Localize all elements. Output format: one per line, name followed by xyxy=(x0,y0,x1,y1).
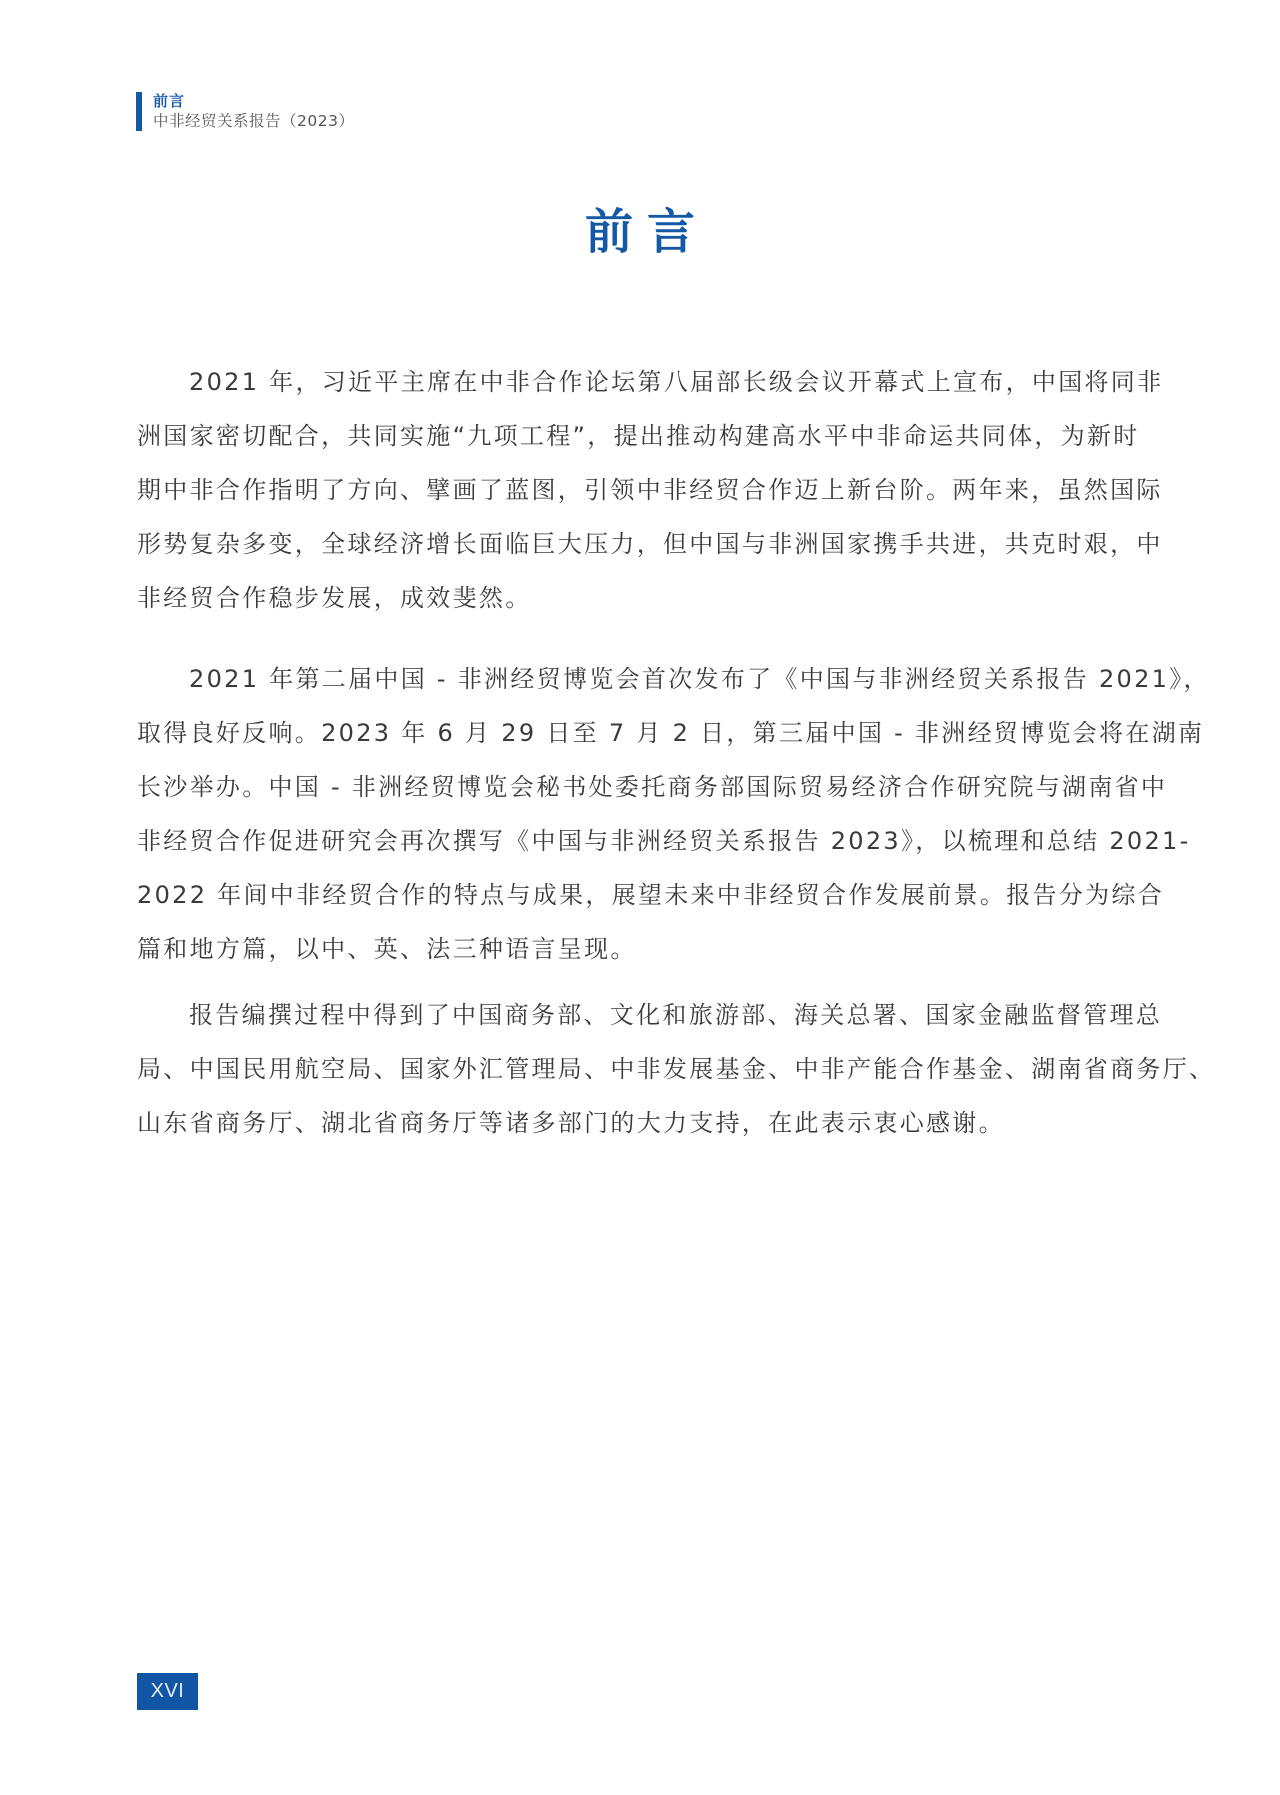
text-line: 形势复杂多变，全球经济增长面临巨大压力，但中国与非洲国家携手共进，共克时艰，中 xyxy=(137,517,1113,571)
text-line: 2022 年间中非经贸合作的特点与成果，展望未来中非经贸合作发展前景。报告分为综… xyxy=(137,868,1113,922)
page-title: 前言 xyxy=(0,200,1280,264)
text-line: 篇和地方篇，以中、英、法三种语言呈现。 xyxy=(137,922,1113,976)
text-line: 长沙举办。中国 - 非洲经贸博览会秘书处委托商务部国际贸易经济合作研究院与湖南省… xyxy=(137,760,1113,814)
header-accent-bar xyxy=(136,92,142,131)
text-line: 取得良好反响。2023 年 6 月 29 日至 7 月 2 日，第三届中国 - … xyxy=(137,706,1113,760)
text-line: 山东省商务厅、湖北省商务厅等诸多部门的大力支持，在此表示衷心感谢。 xyxy=(137,1096,1113,1150)
paragraph-3: 报告编撰过程中得到了中国商务部、文化和旅游部、海关总署、国家金融监督管理总 局、… xyxy=(137,988,1113,1150)
text-line: 非经贸合作促进研究会再次撰写《中国与非洲经贸关系报告 2023》，以梳理和总结 … xyxy=(137,814,1113,868)
header-section-name: 前言 xyxy=(153,92,185,110)
paragraph-2: 2021 年第二届中国 - 非洲经贸博览会首次发布了《中国与非洲经贸关系报告 2… xyxy=(137,652,1113,976)
paragraph-1: 2021 年，习近平主席在中非合作论坛第八届部长级会议开幕式上宣布，中国将同非 … xyxy=(137,355,1113,625)
text-line: 期中非合作指明了方向、擘画了蓝图，引领中非经贸合作迈上新台阶。两年来，虽然国际 xyxy=(137,463,1113,517)
text-line: 洲国家密切配合，共同实施“九项工程”，提出推动构建高水平中非命运共同体，为新时 xyxy=(137,409,1113,463)
page-number: XVI xyxy=(137,1673,198,1710)
text-line: 报告编撰过程中得到了中国商务部、文化和旅游部、海关总署、国家金融监督管理总 xyxy=(137,988,1113,1042)
text-line: 2021 年，习近平主席在中非合作论坛第八届部长级会议开幕式上宣布，中国将同非 xyxy=(137,355,1113,409)
text-line: 局、中国民用航空局、国家外汇管理局、中非发展基金、中非产能合作基金、湖南省商务厅… xyxy=(137,1042,1113,1096)
header-book-title: 中非经贸关系报告（2023） xyxy=(153,111,354,131)
text-line: 非经贸合作稳步发展，成效斐然。 xyxy=(137,571,1113,625)
text-line: 2021 年第二届中国 - 非洲经贸博览会首次发布了《中国与非洲经贸关系报告 2… xyxy=(137,652,1113,706)
